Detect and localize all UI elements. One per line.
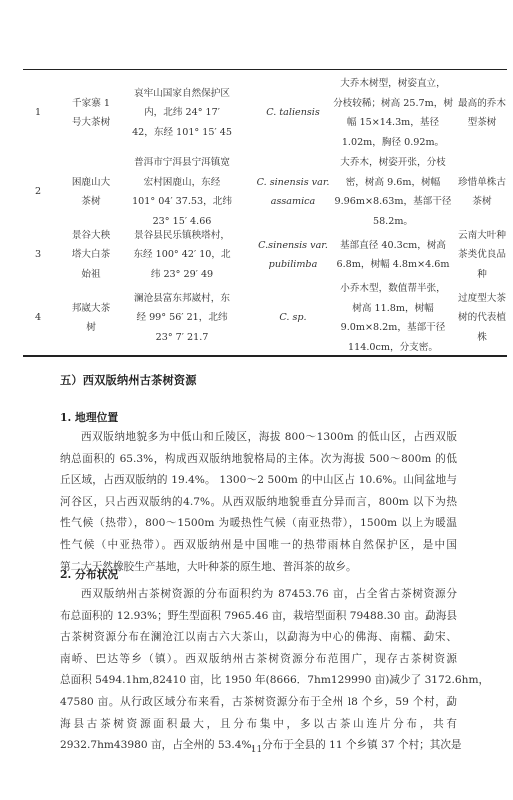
document-page: 1 千家寨 1号大茶树 哀牢山国家自然保护区内，北纬 24° 17′42，东经 … <box>0 0 513 800</box>
tree-name: 千家寨 1号大茶树 <box>57 74 125 152</box>
subsection-heading-distribution: 2. 分布状况 <box>60 567 118 582</box>
tree-note: 最高的乔木型茶树 <box>451 74 513 152</box>
row-number: 4 <box>23 280 53 356</box>
tree-features: 大乔木，树姿开张，分枝密，树高 9.6m，树幅9.96m×8.63m，基部干径5… <box>323 153 463 231</box>
text-line: 西双版纳地貌多为中低山和丘陵区，海拔 800～1300m 的低山区，占西双版 <box>60 427 457 449</box>
tree-location: 普洱市宁洱县宁洱镇宽宏村困鹿山，东经101° 04′ 37.53，北纬23° 1… <box>121 153 243 231</box>
text-line: 西双版纳州古茶树资源的分布面积约为 87453.76 亩，占全省古茶树资源分 <box>60 584 457 606</box>
tree-location: 哀牢山国家自然保护区内，北纬 24° 17′42，东经 101° 15′ 45 <box>121 74 243 152</box>
tree-features: 大乔木树型，树姿直立，分枝较稀；树高 25.7m，树幅 15×14.3m，基径1… <box>323 74 463 152</box>
tree-note: 过度型大茶树的代表植株 <box>451 280 513 356</box>
text-line: 南峤、巴达等乡（镇）。西双版纳州古茶树资源分布范围广，现存古茶树资源 <box>60 649 457 671</box>
row-number: 2 <box>23 153 53 231</box>
subsection-heading-geography: 1. 地理位置 <box>60 410 118 425</box>
text-line: 第二大天然橡胶生产基地，大叶种茶的原生地、普洱茶的故乡。 <box>60 557 457 579</box>
row-number: 3 <box>23 222 53 288</box>
section-heading: 五）西双版纳州古茶树资源 <box>60 372 197 388</box>
table-bottom-rule <box>23 355 507 357</box>
text-line: 丘区域，占西双版纳的 19.4%。 1300～2 500m 的中山区占 10.6… <box>60 470 457 492</box>
text-line: 海县古茶树资源面积最大，且分布集中，多以古茶山连片分布，共有 <box>60 714 457 736</box>
tree-note: 珍惜单株古茶树 <box>451 153 513 231</box>
tree-location: 景谷县民乐镇秧塔村，东经 100° 42′ 10，北纬 23° 29′ 49 <box>121 222 243 288</box>
text-line: 布总面积的 12.93%；野生型面积 7965.46 亩，栽培型面积 79488… <box>60 606 457 628</box>
page-number: 11 <box>0 745 513 755</box>
text-line: 古茶树资源分布在澜沧江以南古六大茶山，以勐海为中心的佛海、南糯、勐宋、 <box>60 627 457 649</box>
paragraph-distribution: 西双版纳州古茶树资源的分布面积约为 87453.76 亩，占全省古茶树资源分 布… <box>60 584 457 757</box>
text-line: 47580 亩。从行政区域分布来看，古茶树资源分布于全州 l8 个乡，59 个村… <box>60 692 457 714</box>
tree-features: 小乔木型，数值帮半张，树高 11.8m，树幅9.0m×8.2m，基部干径114.… <box>323 280 463 356</box>
table-row: 1 千家寨 1号大茶树 哀牢山国家自然保护区内，北纬 24° 17′42，东经 … <box>23 74 507 152</box>
text-line: 总面积 5494.1hm,82410 亩，比 1950 年(8666．7hm12… <box>60 670 457 692</box>
text-line: 纳总面积的 65.3%，构成西双版纳地貌格局的主体。次为海拔 500～800m … <box>60 449 457 471</box>
table-top-rule <box>23 69 507 70</box>
text-line: 性气候（中亚热带）。西双版纳州是中国唯一的热带雨林自然保护区，是中国 <box>60 535 457 557</box>
table-row: 4 邦崴大茶树 澜沧县富东邦崴村，东经 99° 56′ 21，北纬23° 7′ … <box>23 280 507 356</box>
text-line: 性气候（热带），800～1500m 为暖热性气候（南亚热带），1500m 以上为… <box>60 513 457 535</box>
table-row: 2 困鹿山大茶树 普洱市宁洱县宁洱镇宽宏村困鹿山，东经101° 04′ 37.5… <box>23 153 507 231</box>
tree-name: 景谷大秧塔大白茶始祖 <box>57 222 125 288</box>
tree-location: 澜沧县富东邦崴村，东经 99° 56′ 21，北纬23° 7′ 21.7 <box>121 280 243 356</box>
tree-name: 邦崴大茶树 <box>57 280 125 356</box>
paragraph-geography: 西双版纳地貌多为中低山和丘陵区，海拔 800～1300m 的低山区，占西双版 纳… <box>60 427 457 578</box>
row-number: 1 <box>23 74 53 152</box>
tree-name: 困鹿山大茶树 <box>57 153 125 231</box>
tree-note: 云南大叶种茶类优良品种 <box>451 222 513 288</box>
text-line: 河谷区，只占西双版纳的4.7%。从西双版纳地貌垂直分异而言，800m 以下为热 <box>60 492 457 514</box>
